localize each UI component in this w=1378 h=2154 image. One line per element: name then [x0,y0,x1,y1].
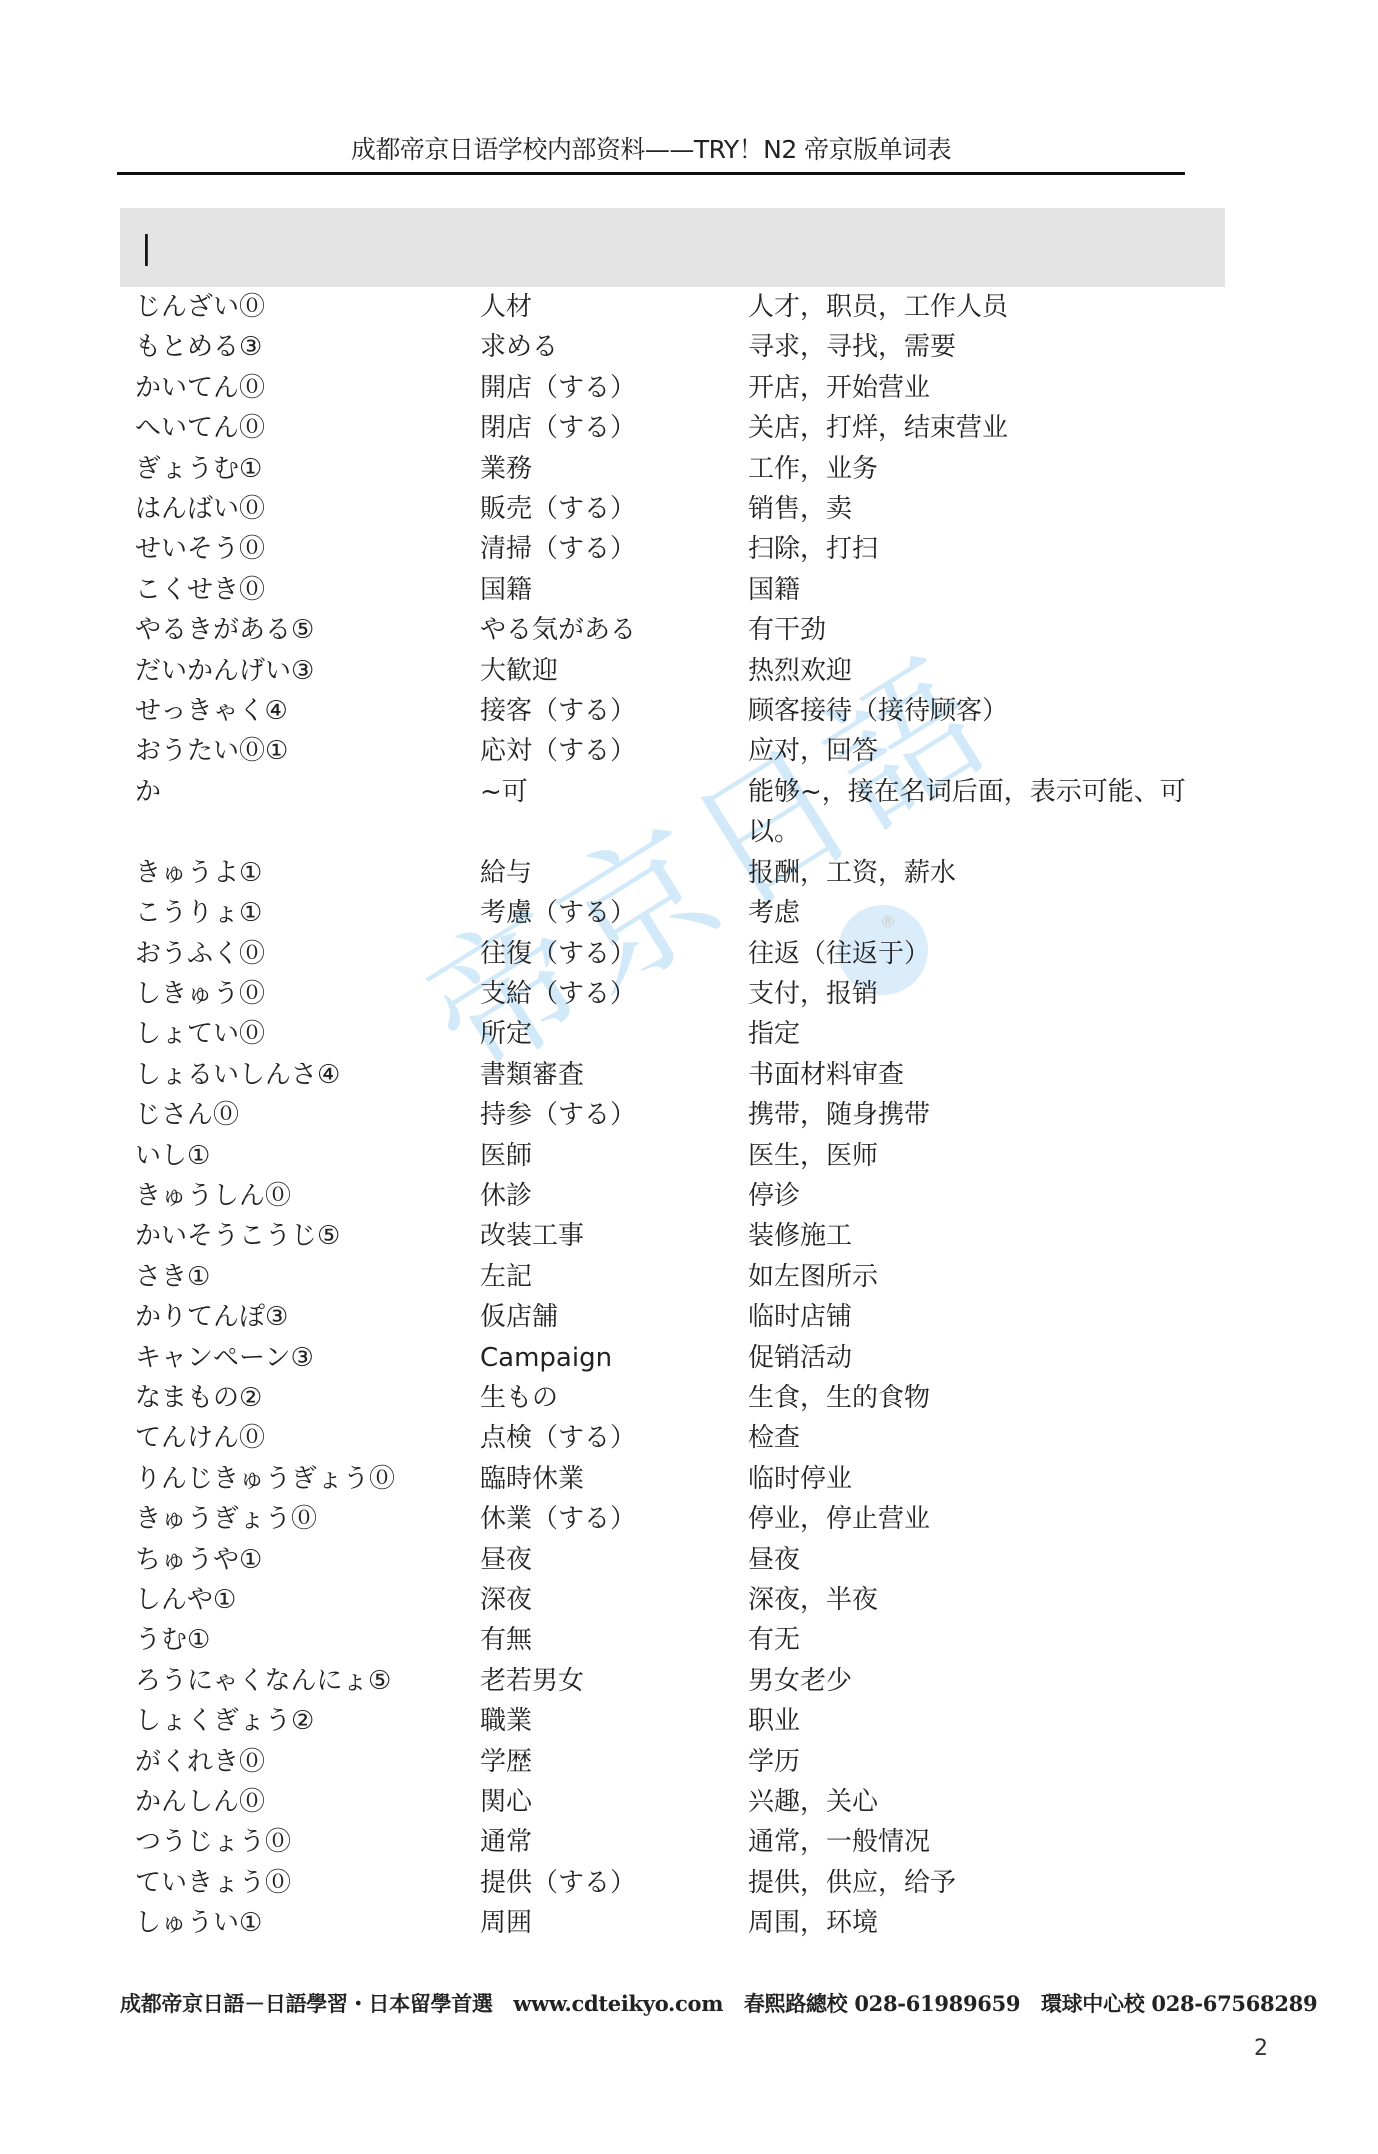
vocab-reading: てんけん⓪ [135,1418,265,1458]
vocab-row: だいかんげい③大歓迎热烈欢迎 [0,651,1378,691]
vocab-word: 販売（する） [480,489,636,529]
vocab-reading: せいそう⓪ [135,529,265,569]
vocab-row: ぎょうむ①業務工作，业务 [0,449,1378,489]
vocab-meaning: 装修施工 [748,1216,1218,1256]
vocab-word: 点検（する） [480,1418,636,1458]
vocab-reading: しんや① [135,1580,236,1620]
vocab-meaning: 书面材料审查 [748,1055,1218,1095]
vocab-reading: いし① [135,1136,210,1176]
vocab-meaning: 销售，卖 [748,489,1218,529]
vocab-word: 臨時休業 [480,1459,584,1499]
vocab-row: てんけん⓪点検（する）检查 [0,1418,1378,1458]
vocab-word: 有無 [480,1620,532,1660]
vocab-meaning: 工作，业务 [748,449,1218,489]
vocab-meaning: 寻求，寻找，需要 [748,327,1218,367]
vocab-word: 閉店（する） [480,408,636,448]
vocab-row: いし①医師医生，医师 [0,1136,1378,1176]
vocab-word: 求める [480,327,558,367]
vocab-row: しょくぎょう②職業职业 [0,1701,1378,1741]
vocab-meaning: 人才，职员，工作人员 [748,287,1218,327]
vocab-row: しんや①深夜深夜，半夜 [0,1580,1378,1620]
vocab-word: 老若男女 [480,1661,584,1701]
vocab-word: 持参（する） [480,1095,636,1135]
vocab-meaning: 昼夜 [748,1540,1218,1580]
vocab-row: さき①左記如左图所示 [0,1257,1378,1297]
vocab-meaning: 周围，环境 [748,1903,1218,1943]
vocab-word: 深夜 [480,1580,532,1620]
vocab-row: か~可能够~，接在名词后面，表示可能、可以。 [0,772,1378,853]
vocab-reading: ちゅうや① [135,1540,262,1580]
vocab-reading: きゅうしん⓪ [135,1176,291,1216]
vocab-word: 開店（する） [480,368,636,408]
vocab-meaning: 指定 [748,1014,1218,1054]
vocab-reading: きゅうぎょう⓪ [135,1499,317,1539]
vocab-meaning: 有干劲 [748,610,1218,650]
vocab-row: きゅうよ①給与报酬，工资，薪水 [0,853,1378,893]
vocab-word: 周囲 [480,1903,532,1943]
vocab-row: ていきょう⓪提供（する）提供，供应，给予 [0,1863,1378,1903]
vocab-word: 左記 [480,1257,532,1297]
vocab-meaning: 国籍 [748,570,1218,610]
vocab-reading: ろうにゃくなんにょ⑤ [135,1661,391,1701]
vocab-meaning: 医生，医师 [748,1136,1218,1176]
vocab-reading: じさん⓪ [135,1095,239,1135]
vocab-row: なまもの②生もの生食，生的食物 [0,1378,1378,1418]
vocab-meaning: 生食，生的食物 [748,1378,1218,1418]
vocab-reading: ていきょう⓪ [135,1863,291,1903]
vocab-word: 業務 [480,449,532,489]
vocab-row: ろうにゃくなんにょ⑤老若男女男女老少 [0,1661,1378,1701]
vocab-reading: がくれき⓪ [135,1742,265,1782]
vocab-meaning: 临时停业 [748,1459,1218,1499]
vocab-reading: しょくぎょう② [135,1701,314,1741]
vocab-row: おうたい⓪①応対（する）应对，回答 [0,731,1378,771]
vocab-word: 休業（する） [480,1499,636,1539]
vocab-reading: さき① [135,1257,210,1297]
vocab-word: 仮店舗 [480,1297,558,1337]
vocab-row: がくれき⓪学歴学历 [0,1742,1378,1782]
vocab-meaning: 临时店铺 [748,1297,1218,1337]
page-header-title: 成都帝京日语学校内部资料——TRY！N2 帝京版单词表 [117,130,1185,166]
vocab-row: こうりょ①考慮（する）考虑 [0,893,1378,933]
vocab-row: こくせき⓪国籍国籍 [0,570,1378,610]
vocab-word: Campaign [480,1338,612,1378]
section-letter: | [142,228,151,268]
vocab-word: 提供（する） [480,1863,636,1903]
vocab-reading: せっきゃく④ [135,691,288,731]
vocab-word: 書類審査 [480,1055,584,1095]
vocab-meaning: 开店，开始营业 [748,368,1218,408]
vocab-meaning: 携带，随身携带 [748,1095,1218,1135]
vocab-meaning: 报酬，工资，薪水 [748,853,1218,893]
vocab-meaning: 有无 [748,1620,1218,1660]
vocab-meaning: 关店，打烊，结束营业 [748,408,1218,448]
vocab-meaning: 通常，一般情况 [748,1822,1218,1862]
vocab-word: 生もの [480,1378,558,1418]
vocab-word: 清掃（する） [480,529,636,569]
vocab-reading: だいかんげい③ [135,651,314,691]
vocab-row: つうじょう⓪通常通常，一般情况 [0,1822,1378,1862]
header-rule [117,172,1185,175]
vocab-meaning: 热烈欢迎 [748,651,1218,691]
vocab-meaning: 检查 [748,1418,1218,1458]
vocab-row: キャンペーン③Campaign促销活动 [0,1338,1378,1378]
vocab-meaning: 兴趣，关心 [748,1782,1218,1822]
vocab-word: 関心 [480,1782,532,1822]
vocab-reading: こうりょ① [135,893,262,933]
vocab-reading: なまもの② [135,1378,262,1418]
vocab-reading: おうふく⓪ [135,934,265,974]
vocab-word: 接客（する） [480,691,636,731]
vocab-row: おうふく⓪往復（する）往返（往返于） [0,934,1378,974]
vocab-row: うむ①有無有无 [0,1620,1378,1660]
vocab-reading: うむ① [135,1620,210,1660]
vocab-reading: つうじょう⓪ [135,1822,291,1862]
vocab-word: 改装工事 [480,1216,584,1256]
section-band: | [120,208,1225,287]
vocab-meaning: 能够~，接在名词后面，表示可能、可以。 [748,772,1218,853]
vocab-word: 大歓迎 [480,651,558,691]
vocab-meaning: 提供，供应，给予 [748,1863,1218,1903]
vocab-meaning: 支付，报销 [748,974,1218,1014]
vocab-row: じんざい⓪人材人才，职员，工作人员 [0,287,1378,327]
vocab-reading: しょてい⓪ [135,1014,265,1054]
vocab-meaning: 深夜，半夜 [748,1580,1218,1620]
vocab-row: ちゅうや①昼夜昼夜 [0,1540,1378,1580]
vocab-word: ~可 [480,772,528,812]
vocab-meaning: 往返（往返于） [748,934,1218,974]
vocab-word: 考慮（する） [480,893,636,933]
page-number: 2 [1254,2036,1268,2061]
vocab-row: かいてん⓪開店（する）开店，开始营业 [0,368,1378,408]
footer-contact: 成都帝京日語－日語學習・日本留學首選 www.cdteikyo.com 春熙路總… [120,1988,1317,2018]
vocab-meaning: 停诊 [748,1176,1218,1216]
vocab-reading: しょるいしんさ④ [135,1055,340,1095]
vocab-word: やる気がある [480,610,636,650]
vocab-meaning: 学历 [748,1742,1218,1782]
vocab-reading: はんばい⓪ [135,489,265,529]
vocab-row: やるきがある⑤やる気がある有干劲 [0,610,1378,650]
vocab-reading: しゅうい① [135,1903,262,1943]
vocab-word: 学歴 [480,1742,532,1782]
vocab-word: 給与 [480,853,532,893]
vocab-row: しょてい⓪所定指定 [0,1014,1378,1054]
vocab-reading: かんしん⓪ [135,1782,265,1822]
vocab-reading: かいてん⓪ [135,368,265,408]
vocab-meaning: 应对，回答 [748,731,1218,771]
vocab-reading: やるきがある⑤ [135,610,314,650]
vocab-row: じさん⓪持参（する）携带，随身携带 [0,1095,1378,1135]
vocab-reading: きゅうよ① [135,853,262,893]
vocab-row: もとめる③求める寻求，寻找，需要 [0,327,1378,367]
vocab-row: かんしん⓪関心兴趣，关心 [0,1782,1378,1822]
vocab-meaning: 职业 [748,1701,1218,1741]
vocab-row: かいそうこうじ⑤改装工事装修施工 [0,1216,1378,1256]
vocab-reading: かいそうこうじ⑤ [135,1216,340,1256]
vocab-word: 医師 [480,1136,532,1176]
vocab-reading: じんざい⓪ [135,287,265,327]
vocab-word: 国籍 [480,570,532,610]
vocab-reading: ぎょうむ① [135,449,262,489]
vocab-reading: か [135,772,161,812]
vocabulary-list: じんざい⓪人材人才，职员，工作人员もとめる③求める寻求，寻找，需要かいてん⓪開店… [0,287,1378,1944]
vocab-reading: りんじきゅうぎょう⓪ [135,1459,395,1499]
vocab-row: きゅうぎょう⓪休業（する）停业，停止营业 [0,1499,1378,1539]
vocab-reading: こくせき⓪ [135,570,265,610]
vocab-reading: しきゅう⓪ [135,974,265,1014]
vocab-row: せいそう⓪清掃（する）扫除，打扫 [0,529,1378,569]
vocab-word: 所定 [480,1014,532,1054]
vocab-meaning: 顾客接待（接待顾客） [748,691,1218,731]
vocab-row: きゅうしん⓪休診停诊 [0,1176,1378,1216]
vocab-meaning: 促销活动 [748,1338,1218,1378]
vocab-meaning: 男女老少 [748,1661,1218,1701]
vocab-meaning: 停业，停止营业 [748,1499,1218,1539]
vocab-meaning: 扫除，打扫 [748,529,1218,569]
vocab-row: せっきゃく④接客（する）顾客接待（接待顾客） [0,691,1378,731]
vocab-reading: へいてん⓪ [135,408,265,448]
vocab-word: 人材 [480,287,532,327]
vocab-word: 支給（する） [480,974,636,1014]
vocab-row: はんばい⓪販売（する）销售，卖 [0,489,1378,529]
vocab-word: 往復（する） [480,934,636,974]
vocab-word: 通常 [480,1822,532,1862]
vocab-meaning: 考虑 [748,893,1218,933]
vocab-row: りんじきゅうぎょう⓪臨時休業临时停业 [0,1459,1378,1499]
vocab-word: 応対（する） [480,731,636,771]
vocab-reading: もとめる③ [135,327,262,367]
vocab-row: しきゅう⓪支給（する）支付，报销 [0,974,1378,1014]
vocab-reading: おうたい⓪① [135,731,288,771]
vocab-row: しゅうい①周囲周围，环境 [0,1903,1378,1943]
vocab-reading: かりてんぽ③ [135,1297,288,1337]
vocab-word: 昼夜 [480,1540,532,1580]
vocab-row: しょるいしんさ④書類審査书面材料审查 [0,1055,1378,1095]
vocab-word: 休診 [480,1176,532,1216]
vocab-meaning: 如左图所示 [748,1257,1218,1297]
vocab-word: 職業 [480,1701,532,1741]
vocab-row: へいてん⓪閉店（する）关店，打烊，结束营业 [0,408,1378,448]
vocab-reading: キャンペーン③ [135,1338,314,1378]
vocab-row: かりてんぽ③仮店舗临时店铺 [0,1297,1378,1337]
